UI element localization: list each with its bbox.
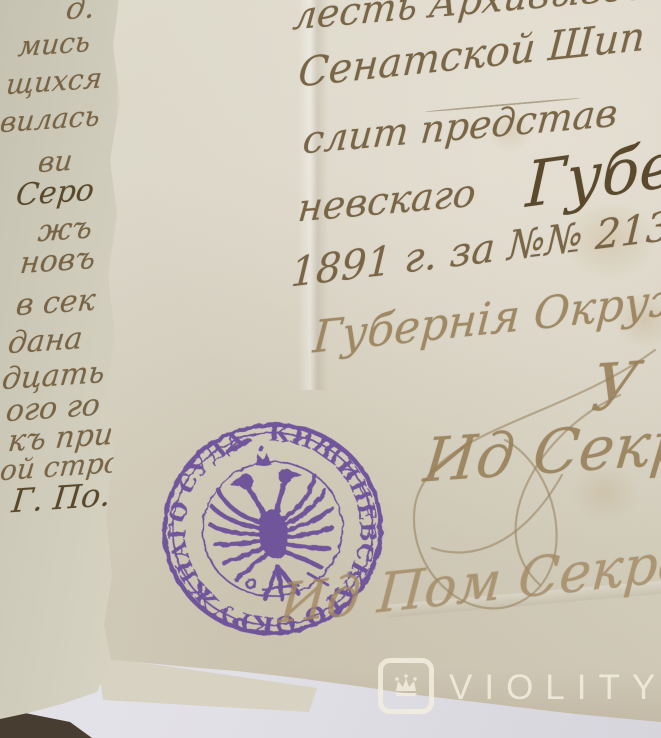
pen-flourish — [414, 350, 655, 608]
handwriting-line: Г. По. — [10, 475, 113, 520]
court-stamp: КИШИНЕВСКАГО ОКРУЖНАГО СУДА — [133, 396, 414, 668]
handwriting-line: вилась — [0, 99, 102, 139]
handwriting-line: д. — [64, 0, 96, 27]
handwriting-line: Серо — [14, 173, 96, 214]
handwriting-line: щихся — [4, 61, 103, 101]
watermark-brand-text: VIOLITY — [449, 668, 661, 705]
handwriting-line: в сек — [14, 282, 97, 323]
handwriting-line: новъ — [18, 241, 97, 282]
handwriting-line: ой стро — [0, 446, 123, 488]
handwriting-line: жъ — [36, 210, 94, 249]
handwriting-line: мись — [16, 25, 92, 63]
handwriting-line: дана — [6, 321, 84, 362]
handwriting-line: ви — [36, 144, 74, 180]
photo-of-archival-document: КИШИНЕВСКАГО ОКРУЖНАГО СУДА — [0, 0, 661, 738]
handwriting-line: къ при — [6, 417, 115, 460]
right-page: КИШИНЕВСКАГО ОКРУЖНАГО СУДА — [92, 0, 661, 738]
handwriting-line: дцать — [0, 355, 106, 398]
violity-watermark: VIOLITY — [378, 658, 661, 714]
crown-icon — [378, 658, 434, 714]
pen-flourish — [516, 395, 620, 585]
pen-flourish — [432, 475, 562, 553]
handwriting-line: ого го — [4, 387, 102, 429]
